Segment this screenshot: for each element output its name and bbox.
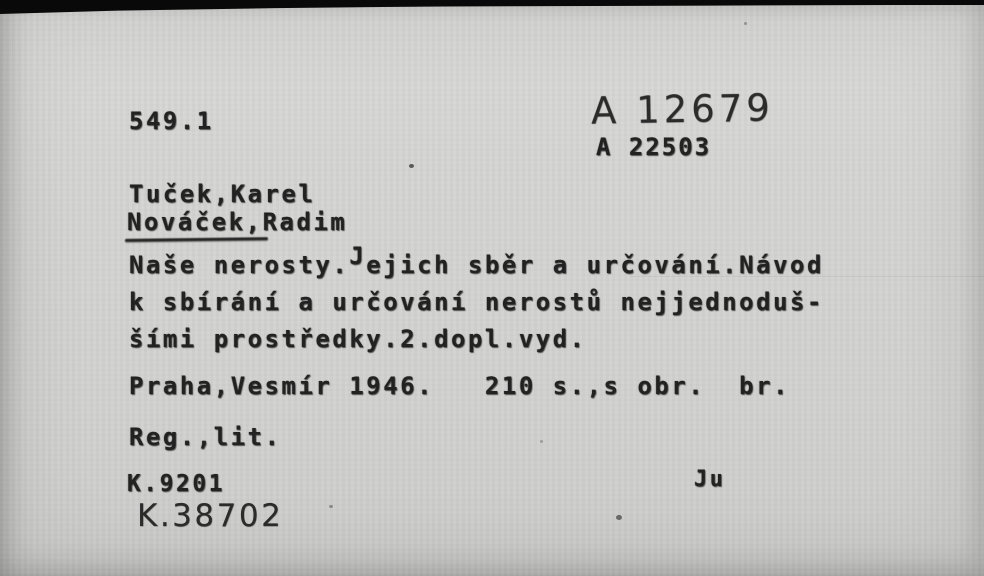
- title-line-3: šími prostředky.2.dopl.vyd.: [129, 325, 587, 353]
- ink-speck: [744, 22, 747, 25]
- shelfmark-typed: K.9201: [127, 470, 225, 498]
- title-line-1: Naše nerosty.Jejich sběr a určování.Návo…: [129, 251, 824, 279]
- ink-speck: [540, 440, 543, 443]
- accession-number-stamped: A 22503: [596, 133, 711, 161]
- ink-speck: [329, 505, 333, 508]
- shelfmark-handwritten: K.38702: [137, 498, 283, 534]
- ink-speck: [409, 164, 414, 168]
- ink-speck: [616, 515, 622, 520]
- cataloguer-initials: Ju: [694, 466, 726, 494]
- raised-letter: J: [349, 242, 366, 270]
- title-segment: ejich sběr a určování.Návod: [366, 251, 824, 279]
- secondary-author: Nováček,Radim: [127, 208, 347, 236]
- imprint-line: Praha,Vesmír 1946. 210 s.,s obr. br.: [129, 372, 790, 400]
- author-heading: Tuček,Karel: [129, 180, 315, 208]
- udc-classification: 549.1: [129, 107, 214, 135]
- title-line-2: k sbírání a určování nerostů nejjednoduš…: [129, 288, 824, 316]
- accession-number-handwritten: A 12679: [591, 86, 775, 132]
- notes-line: Reg.,lit.: [129, 423, 282, 451]
- title-segment: Naše nerosty.: [129, 251, 349, 279]
